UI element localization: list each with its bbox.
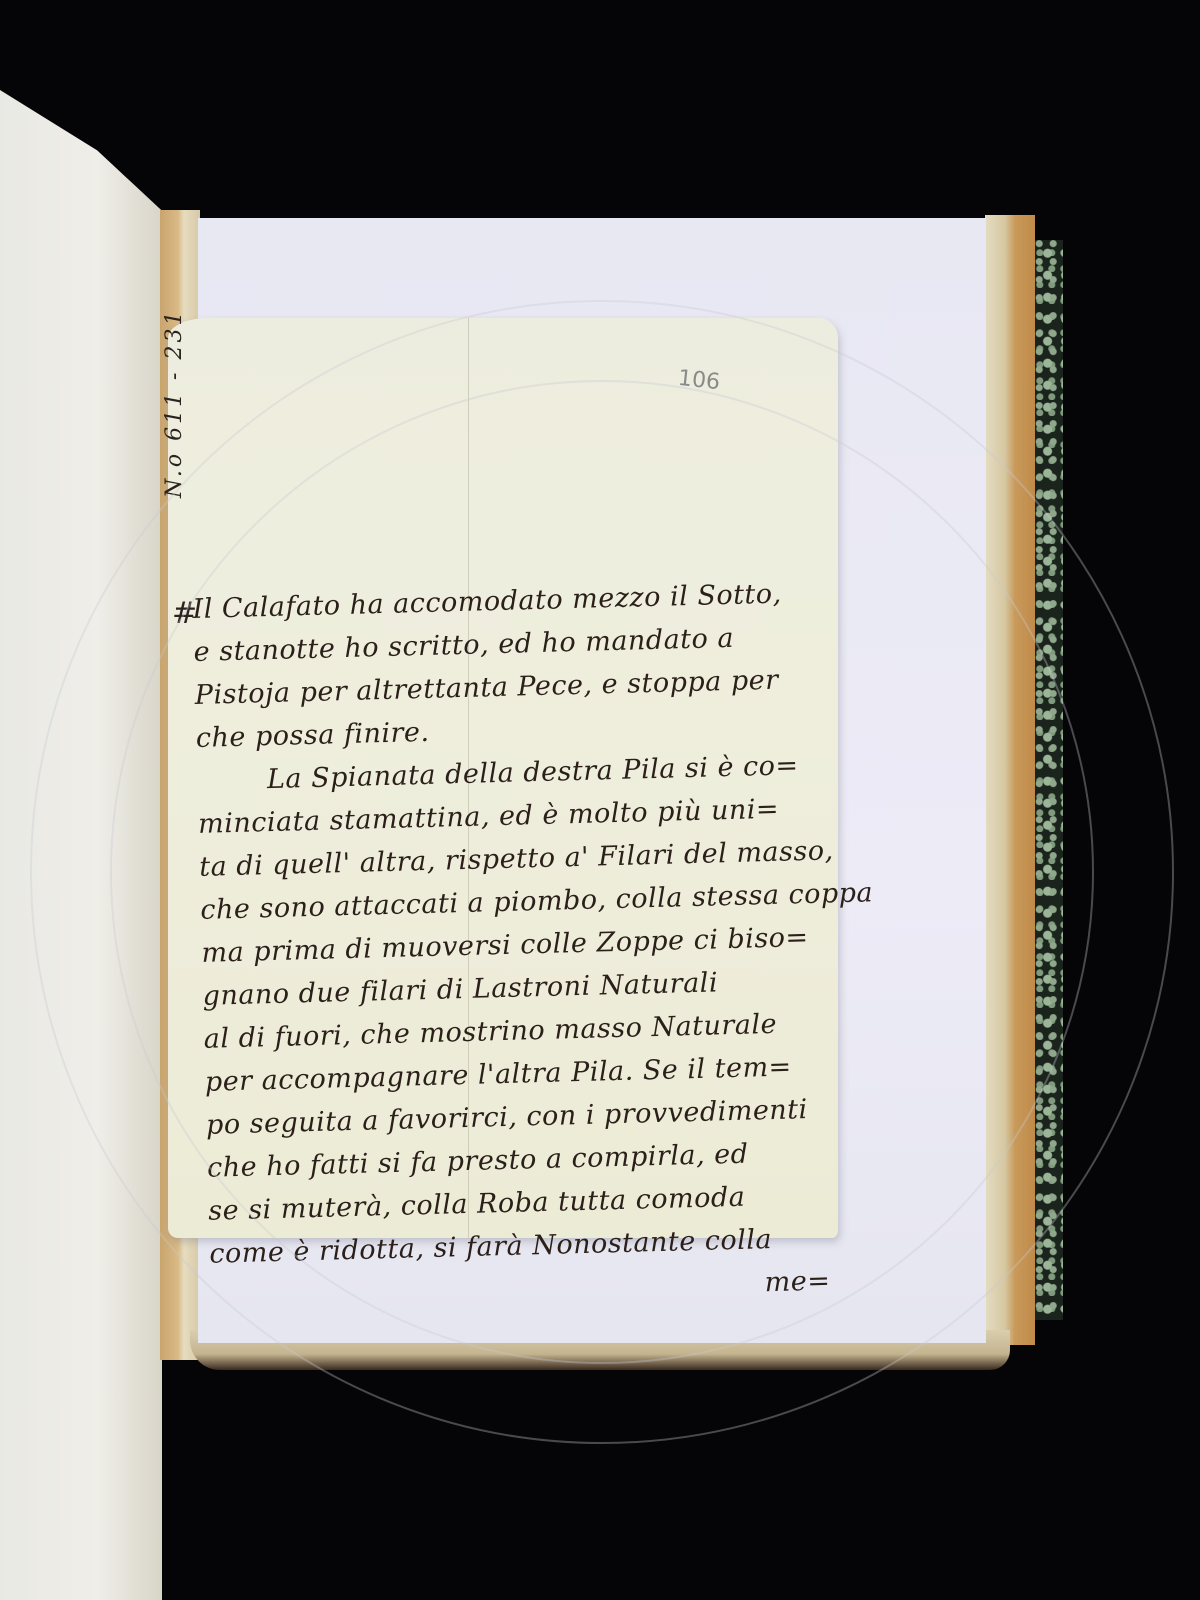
letter-body: Il Calafato ha accomodato mezzo il Sotto…	[192, 571, 851, 1319]
left-page-faded-text	[8, 510, 148, 1510]
manuscript-photo: 106 N.o 611 - 231 # Il Calafato ha accom…	[0, 0, 1200, 1600]
marbled-cover-edge	[1035, 240, 1063, 1320]
folio-number: 106	[677, 366, 721, 395]
left-page-of-volume	[0, 90, 162, 1600]
manuscript-letter: 106 N.o 611 - 231 # Il Calafato ha accom…	[168, 318, 838, 1238]
margin-reference-number: N.o 611 - 231	[162, 309, 187, 498]
text-block-fore-edge	[985, 215, 1035, 1345]
